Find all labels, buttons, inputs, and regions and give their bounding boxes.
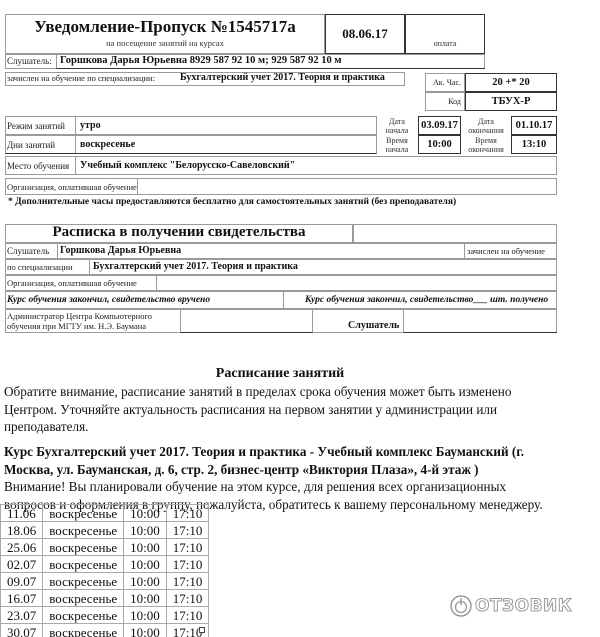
weekday-cell: воскресенье [43,556,124,573]
weekday-cell: воскресенье [43,522,124,539]
start-time-label: Время начала [377,135,417,154]
start-date-label: Дата начала [377,116,417,135]
weekday-cell: воскресенье [43,607,124,624]
hours-label-cell: Ак. Час. [425,73,465,92]
start-time-cell: 10:00 [124,573,167,590]
weekday-cell: воскресенье [43,539,124,556]
receipt-org-label: Организация, оплатившая обучение [7,278,137,288]
date-cell: 30.07 [1,624,43,637]
mode-label: Режим занятий [7,121,65,131]
end-time-cell: 17:10 [166,522,209,539]
start-date-cell: 03.09.17 [418,116,461,135]
end-time-value: 13:10 [522,139,547,150]
admin-label-1: Администратор Центра Компьютерного [7,311,152,321]
code-label: Код [448,97,461,106]
issue-date: 08.06.17 [342,26,388,42]
receipt-spec-value: Бухгалтерский учет 2017. Теория и практи… [93,261,298,272]
end-time-cell: 17:10 [166,539,209,556]
start-time-cell: 10:00 [124,624,167,637]
enrolled-value: Бухгалтерский учет 2017. Теория и практи… [180,72,385,83]
weekday-cell: воскресенье [43,590,124,607]
end-time-cell: 17:10 [166,590,209,607]
days-value: воскресенье [80,139,135,150]
schedule-table: 11.06воскресенье10:0017:1018.06воскресен… [0,504,209,637]
watermark: ОТЗОВИК [450,594,572,618]
start-date-value: 03.09.17 [421,120,458,131]
table-row: 30.07воскресенье10:0017:10 [1,624,209,637]
table-row: 23.07воскресенье10:0017:10 [1,607,209,624]
end-time-cell: 13:10 [511,135,557,154]
code-label-cell: Код [425,92,465,111]
watermark-text: ОТЗОВИК [475,596,572,616]
admin-label-2: обучения при МГТУ им. Н.Э. Баумана [7,321,146,331]
start-time-cell: 10:00 [124,590,167,607]
start-time-value: 10:00 [427,139,452,150]
place-label: Место обучения [7,161,69,171]
table-row: 25.06воскресенье10:0017:10 [1,539,209,556]
enrolled-label: зачислен на обучение по специализации: [7,73,155,83]
notice-title: Уведомление-Пропуск №1545717а [5,17,325,37]
end-time-cell: 17:10 [166,556,209,573]
notice-subtitle: на посещение занятий на курсах [5,38,325,48]
payment-cell: оплата [405,14,485,54]
table-row: 02.07воскресенье10:0017:10 [1,556,209,573]
end-time-cell: 17:10 [166,505,209,522]
table-row: 18.06воскресенье10:0017:10 [1,522,209,539]
table-row: 11.06воскресенье10:0017:10 [1,505,209,522]
student-signature-field [403,309,557,333]
start-time-cell: 10:00 [124,556,167,573]
receipt-student-value: Горшкова Дарья Юрьевна [60,245,181,256]
receipt-spec-label: по специализации [7,262,73,272]
date-cell: 09.07 [1,573,43,590]
table-row: 16.07воскресенье10:0017:10 [1,590,209,607]
weekday-cell: воскресенье [43,505,124,522]
schedule-title: Расписание занятий [0,366,560,382]
end-date-value: 01.10.17 [516,120,553,131]
hours-label: Ак. Час. [433,78,461,87]
mode-value: утро [80,120,101,131]
finished-right: Курс обучения закончил, свидетельство___… [305,295,548,305]
end-time-label: Время окончания [461,135,511,154]
hours-value-cell: 20 +* 20 [465,73,557,92]
finished-left: Курс обучения закончил, свидетельство вр… [7,295,210,305]
footnote: * Дополнительные часы предоставляются бе… [8,197,456,207]
date-cell: 11.06 [1,505,43,522]
days-row [5,135,377,154]
table-row: 09.07воскресенье10:0017:10 [1,573,209,590]
receipt-enrolled-label: зачислен на обучение [467,246,545,256]
start-time-cell: 10:00 [124,505,167,522]
student-label: Слушатель: [7,56,52,66]
table-resize-handle[interactable] [199,627,205,633]
weekday-cell: воскресенье [43,624,124,637]
date-cell: 25.06 [1,539,43,556]
code-value-cell: ТБУХ-Р [465,92,557,111]
end-time-cell: 17:10 [166,573,209,590]
start-time-cell: 10:00 [124,522,167,539]
date-cell: 02.07 [1,556,43,573]
weekday-cell: воскресенье [43,573,124,590]
course-heading: Курс Бухгалтерский учет 2017. Теория и п… [4,443,544,478]
end-date-label: Дата окончания [461,116,511,135]
start-time-cell: 10:00 [124,539,167,556]
date-cell: 23.07 [1,607,43,624]
end-date-cell: 01.10.17 [511,116,557,135]
admin-signature-field [180,309,313,333]
days-label: Дни занятий [7,140,55,150]
date-cell: 16.07 [1,590,43,607]
place-value: Учебный комплекс "Белорусско-Савеловский… [80,160,295,171]
power-circle-icon [450,595,472,617]
org-label: Организация, оплатившая обучение [7,182,137,192]
end-time-cell: 17:10 [166,607,209,624]
date-cell: 18.06 [1,522,43,539]
start-time-cell: 10:00 [418,135,461,154]
student-sign-label: Слушатель [348,320,399,331]
start-time-cell: 10:00 [124,607,167,624]
schedule-notice: Обратите внимание, расписание занятий в … [4,383,534,436]
payment-label: оплата [406,39,484,48]
receipt-student-label: Слушатель [7,246,49,256]
hours-value: 20 +* 20 [492,77,529,88]
issue-date-cell: 08.06.17 [325,14,405,54]
receipt-title: Расписка в получении свидетельства [5,224,353,241]
code-value: ТБУХ-Р [492,96,531,107]
student-value: Горшкова Дарья Юрьевна 8929 587 92 10 м;… [60,55,341,66]
